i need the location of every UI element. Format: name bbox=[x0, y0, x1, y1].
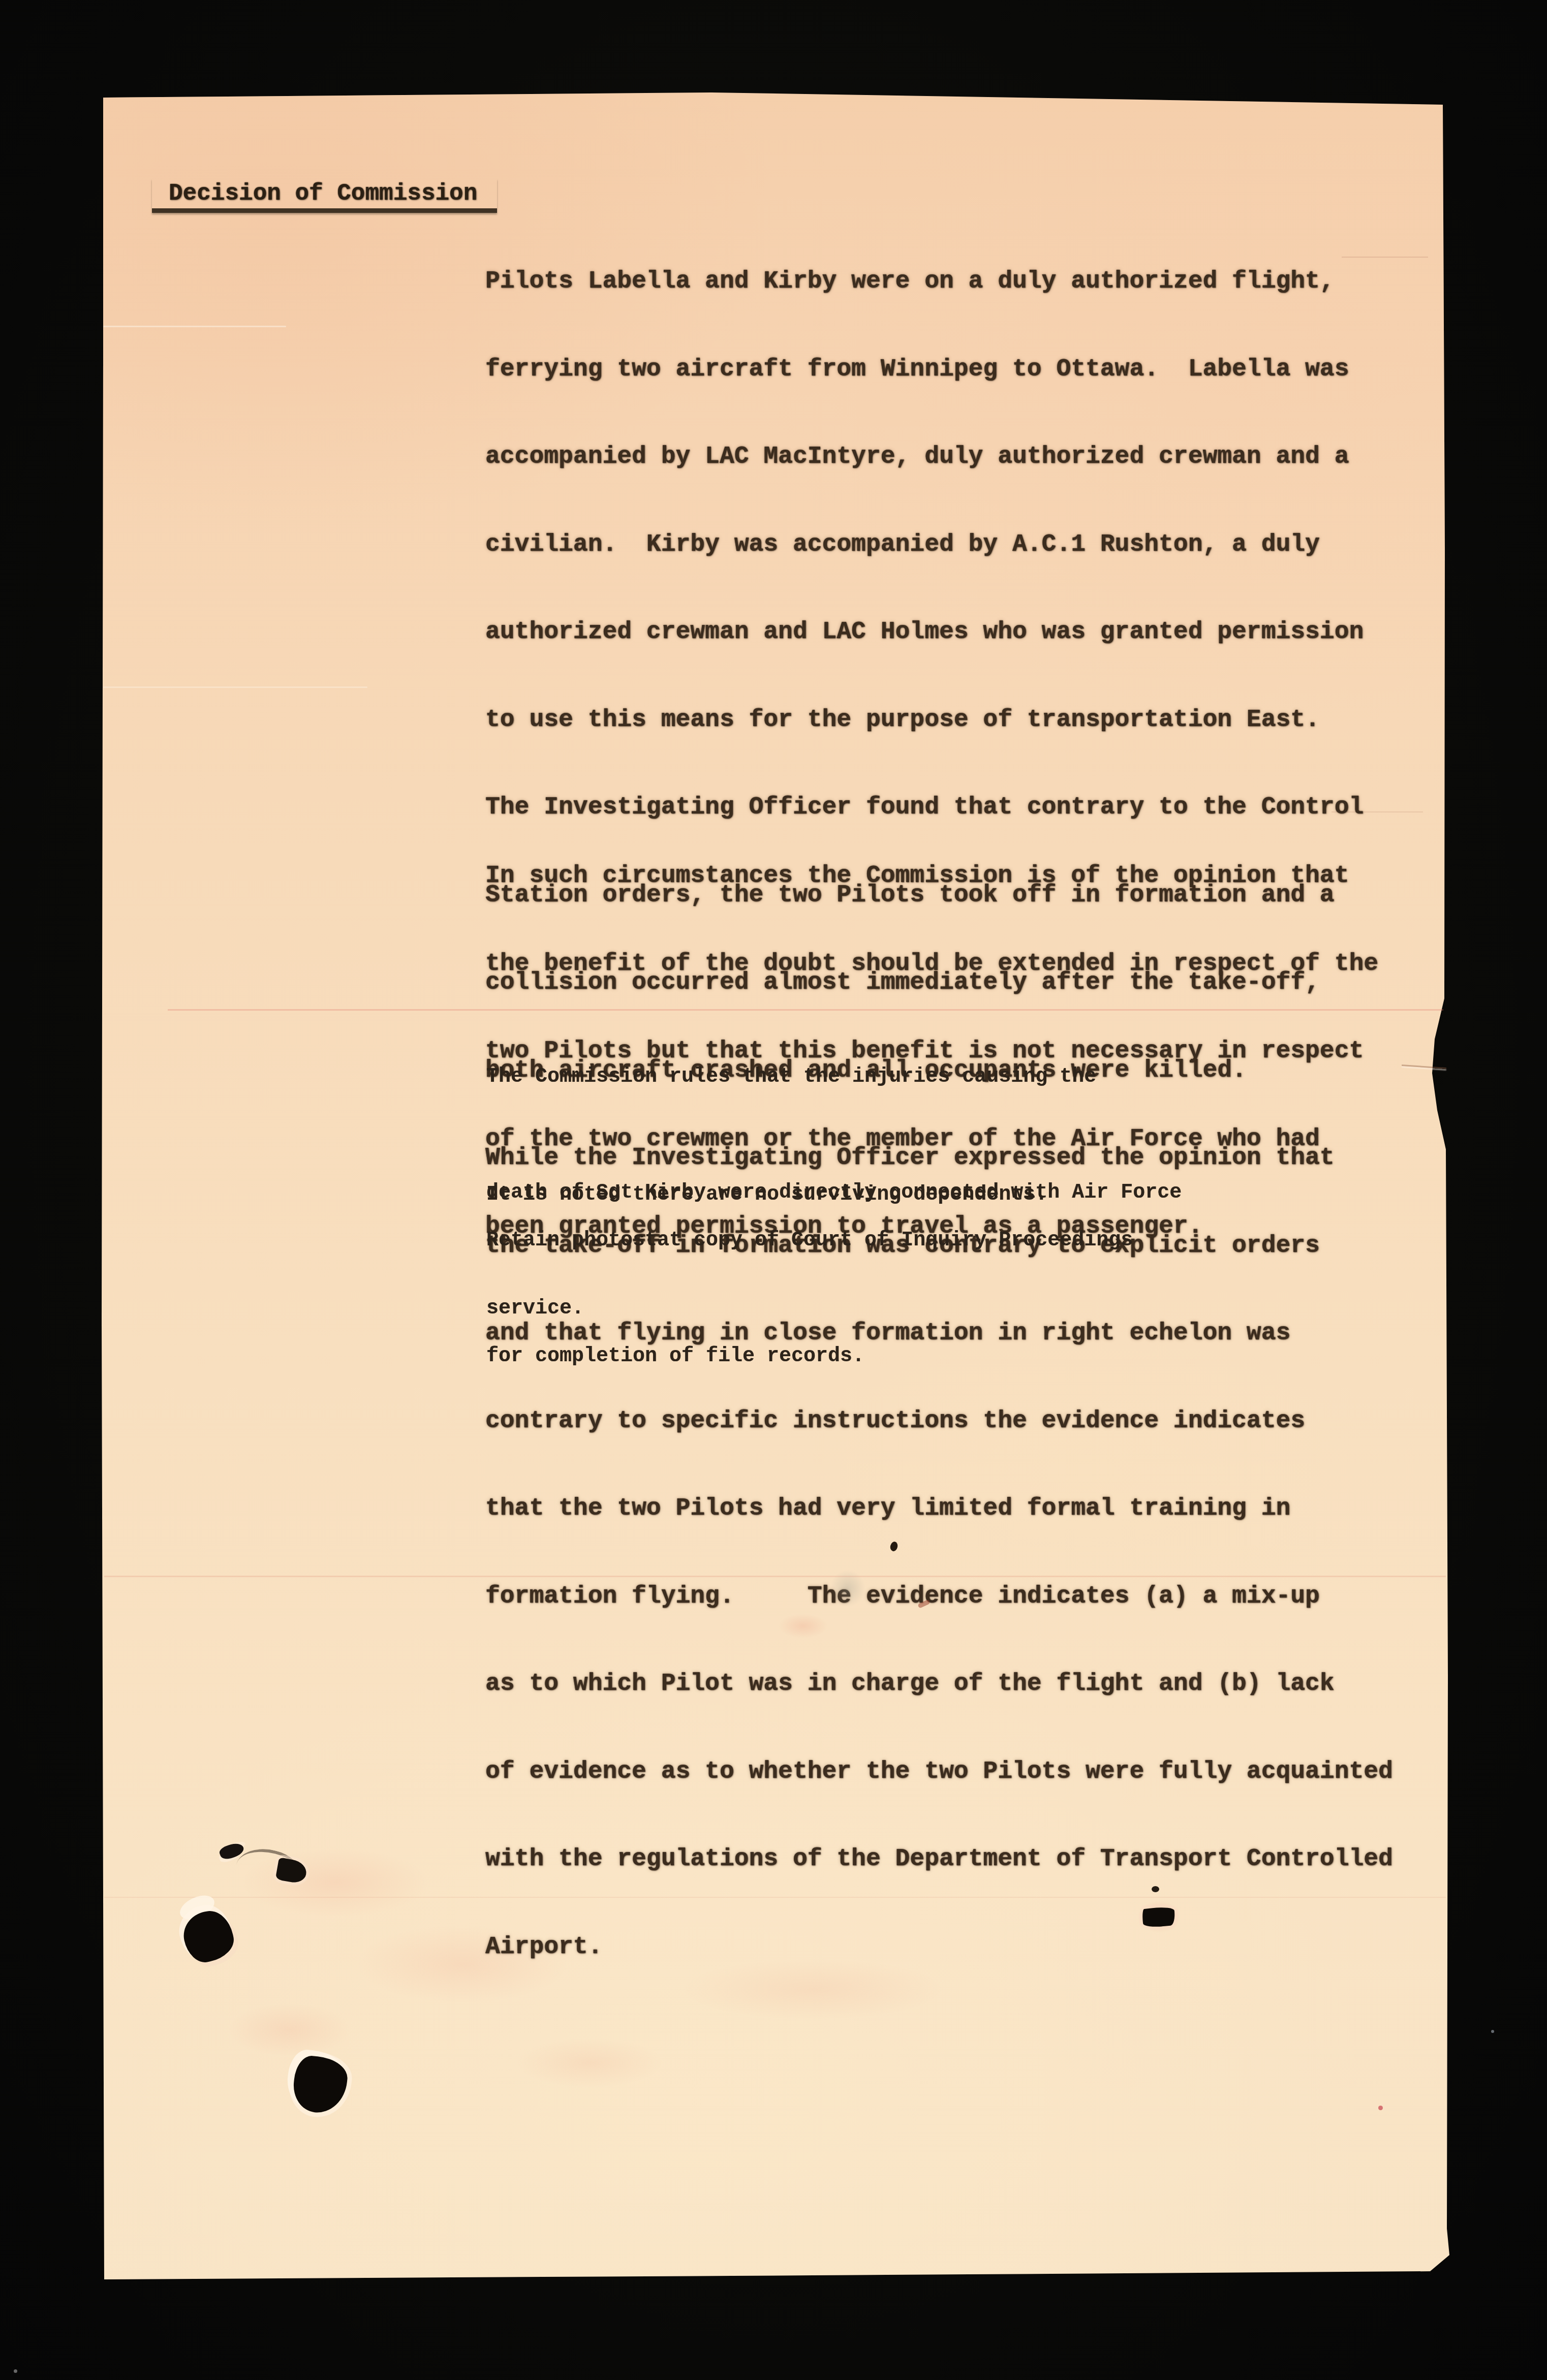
typed-line: ferrying two aircraft from Winnipeg to O… bbox=[485, 355, 1393, 385]
typed-line: accompanied by LAC MacIntyre, duly autho… bbox=[485, 443, 1393, 472]
section-heading: Decision of Commission bbox=[152, 179, 497, 213]
scanned-document-page: { "document": { "heading": "Decision of … bbox=[0, 0, 1547, 2380]
dust-speck bbox=[1491, 2030, 1494, 2033]
dust-speck bbox=[14, 2369, 17, 2373]
typed-line: In such circumstances the Commission is … bbox=[485, 862, 1378, 891]
typed-line: civilian. Kirby was accompanied by A.C.1… bbox=[485, 530, 1393, 560]
typed-line: Pilots Labella and Kirby were on a duly … bbox=[485, 267, 1393, 297]
typed-line: of evidence as to whether the two Pilots… bbox=[485, 1758, 1393, 1787]
typed-line: that the two Pilots had very limited for… bbox=[485, 1494, 1393, 1524]
red-speck bbox=[1378, 2106, 1383, 2110]
ink-blot bbox=[1141, 1906, 1176, 1928]
typed-line: authorized crewman and LAC Holmes who wa… bbox=[485, 618, 1393, 647]
typed-line: the benefit of the doubt should be exten… bbox=[485, 950, 1378, 979]
typed-line: Airport. bbox=[485, 1933, 1393, 1962]
typed-line: for completion of file records. bbox=[486, 1337, 1133, 1376]
typed-line: formation flying. The evidence indicates… bbox=[485, 1582, 1393, 1612]
typed-line: to use this means for the purpose of tra… bbox=[485, 706, 1393, 735]
typed-line: Retain photostat copy of Court of Inquir… bbox=[486, 1222, 1133, 1260]
typed-line: The Commission rules that the injuries c… bbox=[486, 1058, 1182, 1097]
typed-line: as to which Pilot was in charge of the f… bbox=[485, 1670, 1393, 1699]
gray-smudge bbox=[823, 1563, 872, 1614]
ink-dot bbox=[1152, 1886, 1159, 1892]
paragraph-retain-photostat: Retain photostat copy of Court of Inquir… bbox=[486, 1144, 1133, 1415]
typed-line: with the regulations of the Department o… bbox=[485, 1845, 1393, 1874]
heading-text: Decision of Commission bbox=[152, 179, 497, 208]
